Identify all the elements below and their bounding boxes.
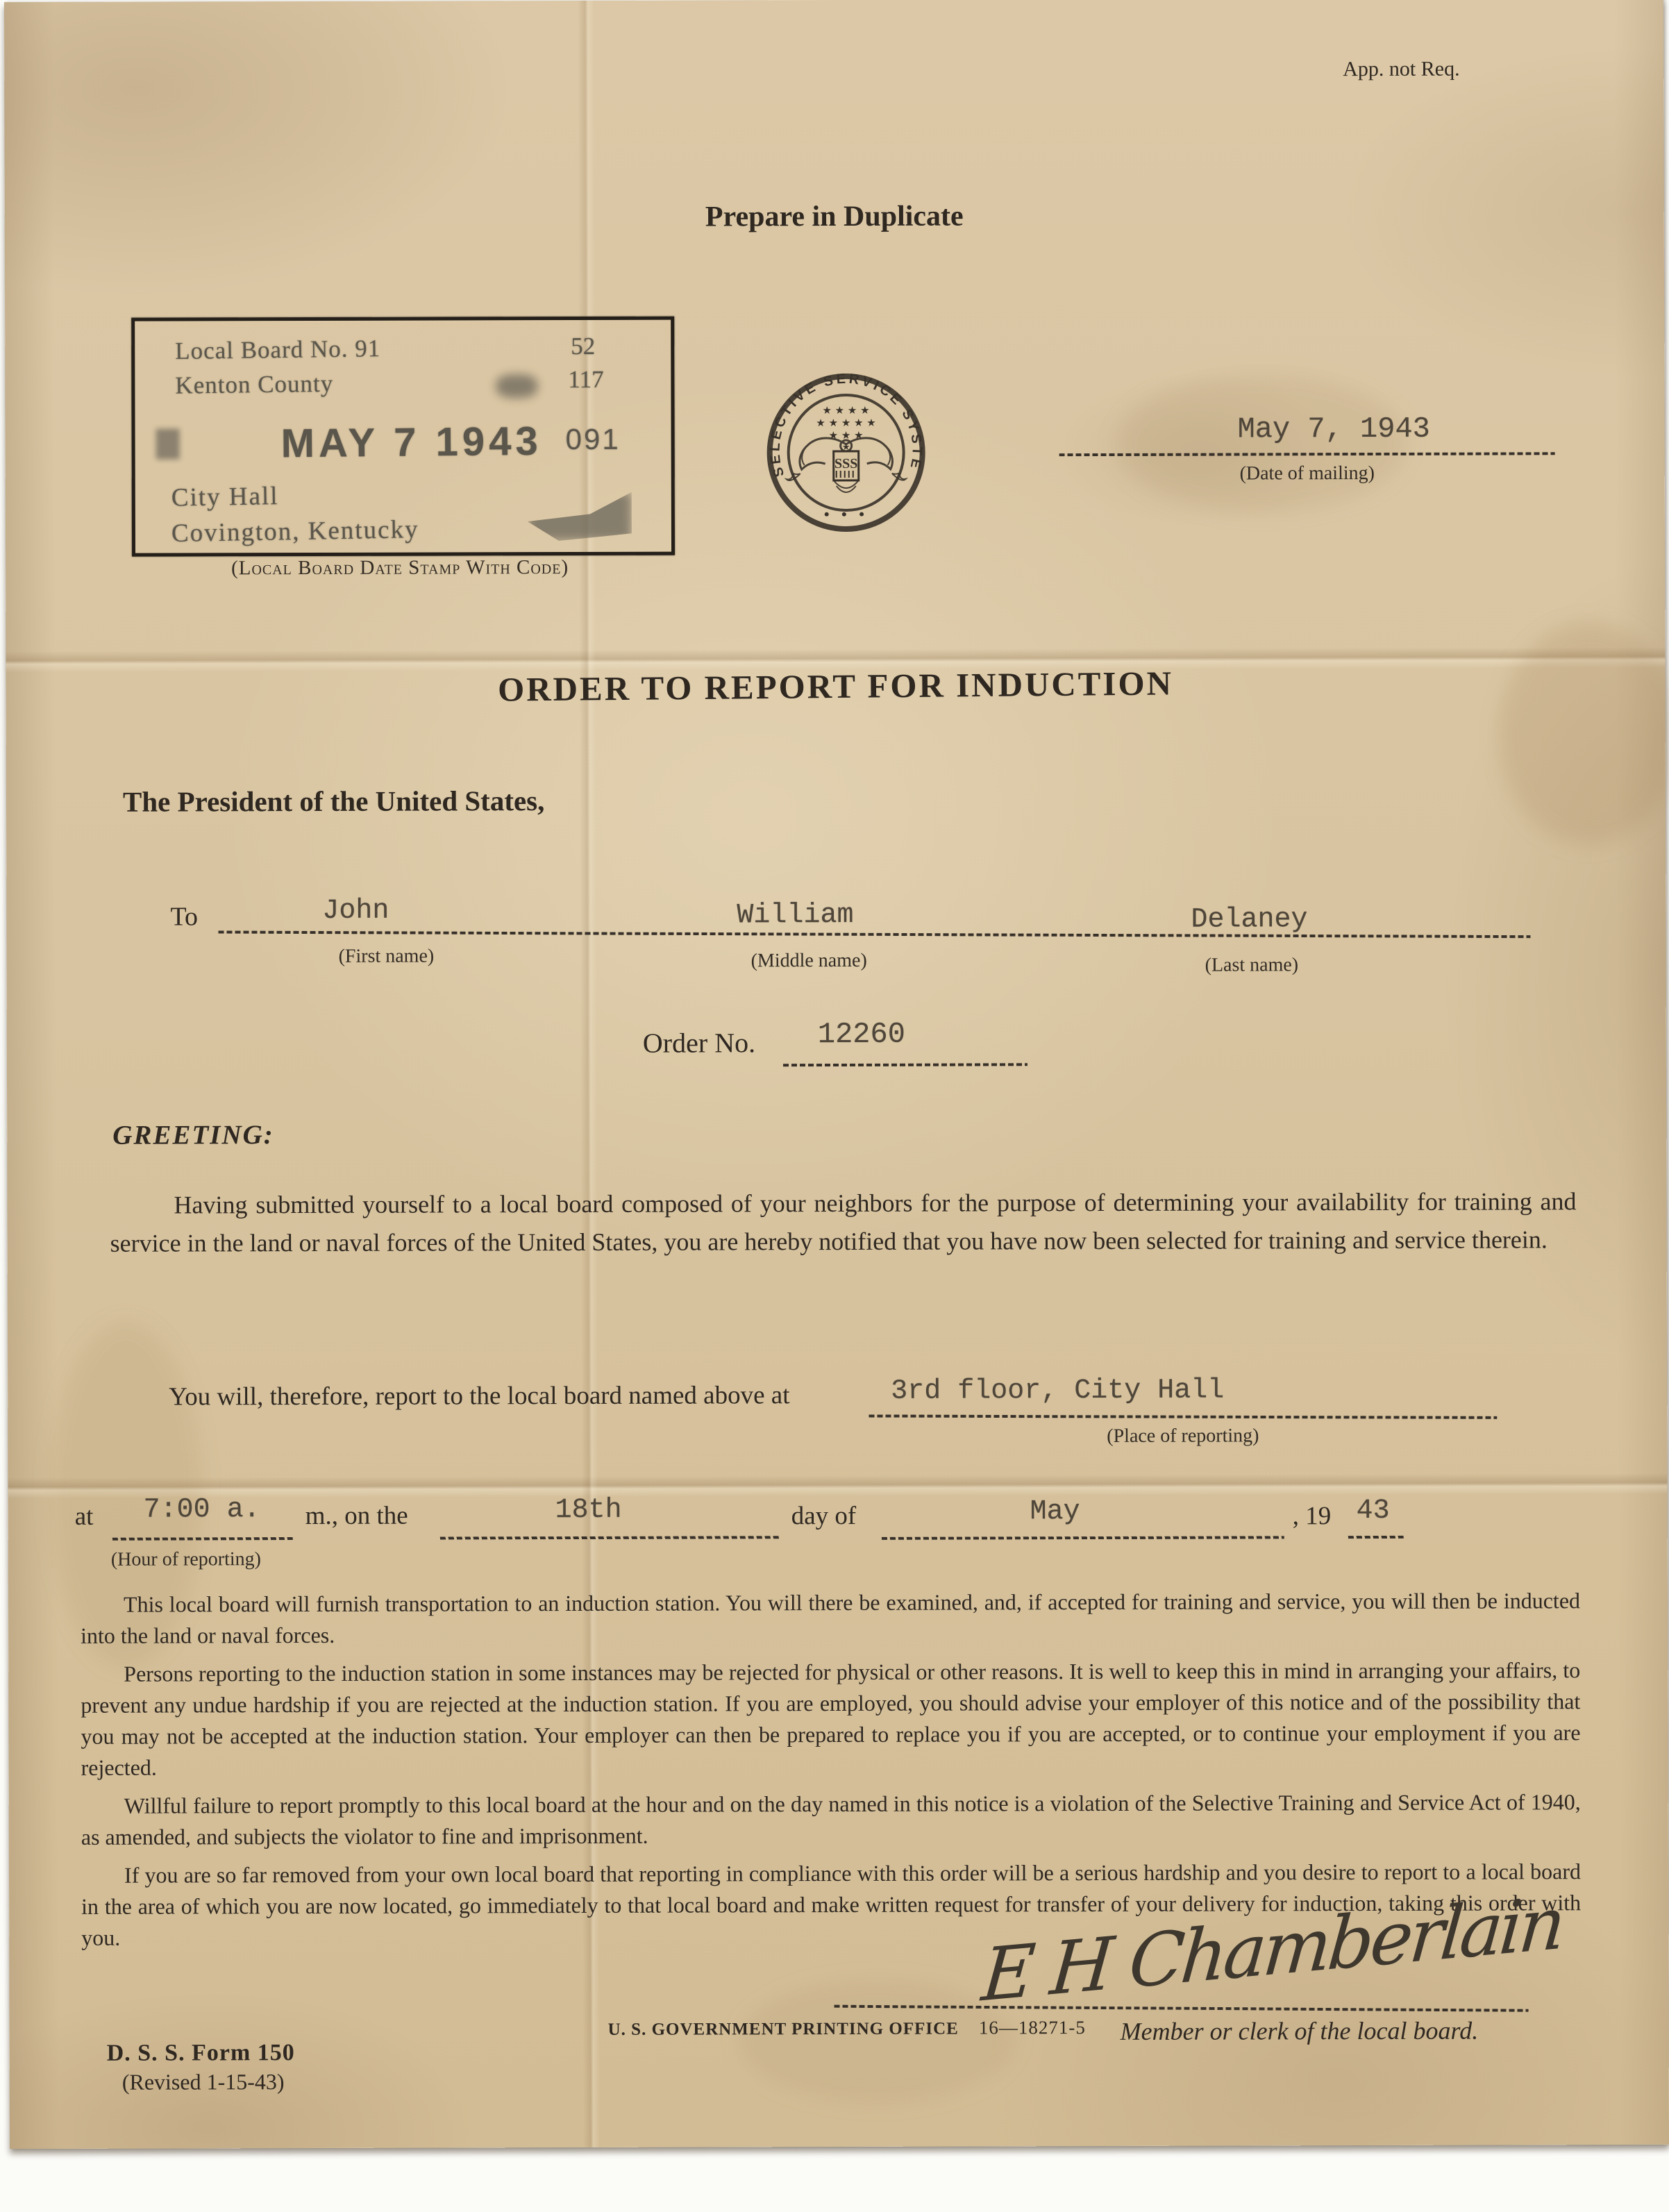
hour-line	[112, 1537, 293, 1541]
body-paragraph: Having submitted yourself to a local boa…	[110, 1182, 1576, 1263]
last-name-caption: (Last name)	[1205, 954, 1299, 976]
gpo-code: 16—18271-5	[979, 2017, 1086, 2038]
seal-bottom-dots: • • •	[824, 505, 869, 523]
month-value: May	[1030, 1496, 1080, 1527]
date-of-mailing-value: May 7, 1943	[1238, 412, 1430, 446]
fine-print-paragraph-3: Willful failure to report promptly to th…	[81, 1786, 1581, 1853]
middle-name-caption: (Middle name)	[751, 950, 867, 972]
seal-shield: SSS	[834, 451, 859, 480]
greeting-heading: GREETING:	[112, 1119, 274, 1151]
last-name-value: Delaney	[1191, 904, 1307, 935]
app-not-req-note: App. not Req.	[1343, 58, 1459, 81]
place-of-reporting-value: 3rd floor, City Hall	[891, 1375, 1224, 1407]
stamp-county: Kenton County	[175, 370, 333, 400]
name-line	[218, 931, 1530, 939]
paper-stain	[738, 1978, 1016, 2104]
place-of-reporting-line	[869, 1415, 1497, 1419]
year-line	[1348, 1536, 1404, 1539]
seal-stars-row1: ★ ★ ★ ★	[822, 404, 869, 417]
seal-stars-row2: ★ ★ ★ ★ ★	[816, 417, 875, 429]
order-no-value: 12260	[818, 1018, 905, 1051]
stamp-county-code: 117	[568, 366, 603, 394]
fine-print-paragraph-2: Persons reporting to the induction stati…	[81, 1654, 1580, 1784]
time-line-at: at	[75, 1502, 94, 1532]
place-of-reporting-caption: (Place of reporting)	[869, 1425, 1497, 1448]
signature-caption: Member or clerk of the local board.	[1121, 2016, 1479, 2046]
local-board-stamp-box: Local Board No. 91 52 Kenton County 117 …	[131, 317, 675, 557]
day-line	[440, 1536, 780, 1539]
stamp-smudge	[496, 374, 537, 398]
stamp-address-2: Covington, Kentucky	[171, 514, 419, 548]
date-of-mailing-caption: (Date of mailing)	[1059, 462, 1555, 485]
fine-print-paragraph-1: This local board will furnish transporta…	[81, 1585, 1580, 1652]
first-name-value: John	[322, 896, 389, 927]
stamp-address-1: City Hall	[171, 481, 278, 513]
time-line-m-on-the: m., on the	[305, 1501, 408, 1531]
stamp-box-caption: (Local Board Date Stamp With Code)	[132, 556, 668, 580]
paper-stain	[1498, 623, 1669, 846]
order-no-line	[783, 1063, 1028, 1066]
time-line-day-of: day of	[791, 1501, 857, 1531]
report-line-text: You will, therefore, report to the local…	[169, 1380, 789, 1411]
president-line: The President of the United States,	[123, 784, 544, 819]
selective-service-seal-icon: SELECTIVE SERVICE SYSTEM ★ ★ ★ ★ ★ ★ ★ ★…	[764, 369, 928, 537]
first-name-caption: (First name)	[339, 946, 435, 968]
prepare-in-duplicate-heading: Prepare in Duplicate	[5, 198, 1664, 235]
stamp-board-code: 52	[571, 333, 595, 360]
form-number: D. S. S. Form 150	[107, 2040, 295, 2067]
month-line	[882, 1536, 1284, 1540]
time-line-year-prefix: , 19	[1293, 1501, 1332, 1531]
order-no-label: Order No.	[643, 1026, 755, 1059]
day-value: 18th	[555, 1495, 622, 1526]
stamp-smudge	[528, 492, 632, 541]
gpo-imprint: U. S. GOVERNMENT PRINTING OFFICE 16—1827…	[608, 2017, 1086, 2040]
stamp-date: MAY 7 1943	[280, 418, 542, 467]
seal-shield-text: SSS	[835, 456, 857, 471]
stamp-board-number: Local Board No. 91	[175, 335, 380, 365]
to-label: To	[170, 901, 198, 932]
stamp-date-code: 091	[566, 423, 621, 456]
gpo-office: U. S. GOVERNMENT PRINTING OFFICE	[608, 2020, 959, 2039]
hour-value: 7:00 a.	[144, 1494, 260, 1525]
form-revised: (Revised 1-15-43)	[122, 2069, 285, 2095]
document-paper: App. not Req. Prepare in Duplicate Local…	[4, 0, 1669, 2149]
middle-name-value: William	[737, 900, 853, 931]
year-value: 43	[1357, 1495, 1390, 1527]
hour-caption: (Hour of reporting)	[111, 1548, 261, 1571]
scanned-document: { "colors": {"paper":"#d8c4a0","ink":"#2…	[0, 0, 1669, 2212]
stamp-smudge	[156, 428, 180, 459]
